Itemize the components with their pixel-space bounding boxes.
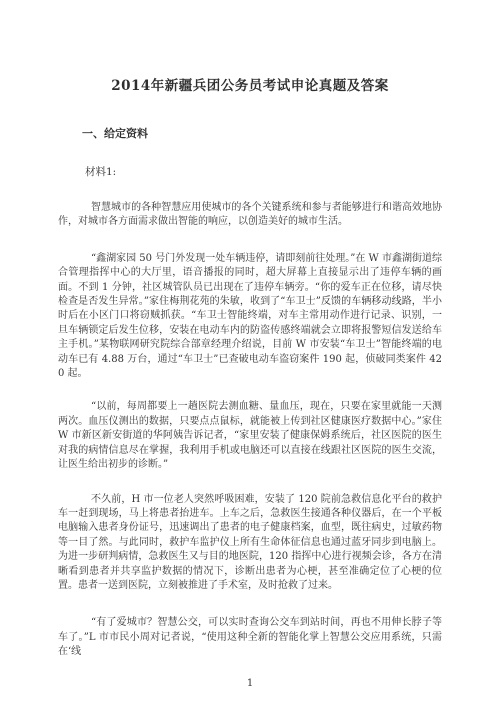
page-number: 1 (58, 677, 442, 691)
paragraph-smart-bus: “有了爱城市？智慧公交，可以实时查询公交车到站时间，再也不用伸长脖子等车了。”L… (58, 616, 442, 659)
document-page: 2014年新疆兵团公务员考试申论真题及答案 一、给定资料 材料1: 智慧城市的各… (0, 0, 499, 706)
paragraph-health-nanny: “以前，每周都要上一趟医院去测血糖、量血压，现在，只要在家里就能一天测两次。血压… (58, 400, 442, 472)
document-content: 2014年新疆兵团公务员考试申论真题及答案 一、给定资料 材料1: 智慧城市的各… (0, 0, 499, 691)
document-title: 2014年新疆兵团公务员考试申论真题及答案 (58, 0, 442, 96)
paragraph-che-wei-shi: “鑫湖家园 50 号门外发现一处车辆违停，请即刻前往处理。”在 W 市鑫湖街道综… (58, 252, 442, 382)
paragraph-120-rescue: 不久前，H 市一位老人突然呼吸困难，安装了 120 院前急救信息化平台的救护车一… (58, 493, 442, 594)
section-heading-given-materials: 一、给定资料 (58, 127, 442, 140)
material-1-label: 材料1: (58, 166, 442, 179)
paragraph-smart-city-intro: 智慧城市的各种智慧应用使城市的各个关键系统和参与者能够进行和谐高效地协作，对城市… (58, 201, 442, 230)
